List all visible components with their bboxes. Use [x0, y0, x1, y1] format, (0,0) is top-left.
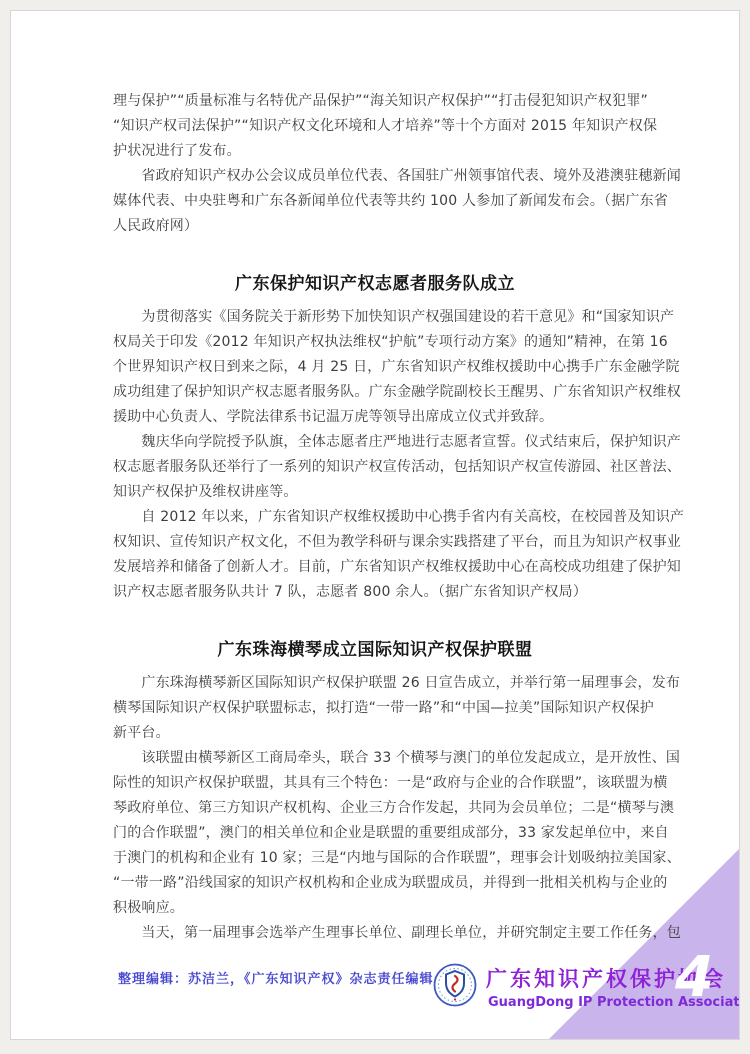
text-line: 于澳门的机构和企业有 10 家；三是“内地与国际的合作联盟”，理事会计划吸纳拉美…: [113, 846, 637, 871]
text-line: 人民政府网）: [113, 214, 637, 239]
association-logo-icon: [433, 963, 477, 1007]
text-line: 积极响应。: [113, 896, 637, 921]
text-line: 援助中心负责人、学院法律系书记温万虎等领导出席成立仪式并致辞。: [113, 405, 637, 430]
text-line: 发展培养和储备了创新人才。目前，广东省知识产权维权援助中心在高校成功组建了保护知: [113, 555, 637, 580]
text-line: 权志愿者服务队还举行了一系列的知识产权宣传活动，包括知识产权宣传游园、社区普法、: [113, 455, 637, 480]
footer-editor-note: 整理编辑：苏洁兰，《广东知识产权》杂志责任编辑。: [118, 971, 448, 989]
text-line: 成功组建了保护知识产权志愿者服务队。广东金融学院副校长王醒男、广东省知识产权维权: [113, 380, 637, 405]
section-heading: 广东珠海横琴成立国际知识产权保护联盟: [113, 637, 637, 663]
text-line: 该联盟由横琴新区工商局牵头，联合 33 个横琴与澳门的单位发起成立，是开放性、国: [113, 746, 637, 771]
body-paragraph: 广东珠海横琴新区国际知识产权保护联盟 26 日宣告成立，并举行第一届理事会，发布…: [113, 671, 637, 746]
text-line: 理与保护”“质量标准与名特优产品保护”“海关知识产权保护”“打击侵犯知识产权犯罪…: [113, 89, 637, 114]
body-paragraph: 自 2012 年以来，广东省知识产权维权援助中心携手省内有关高校，在校园普及知识…: [113, 505, 637, 605]
text-line: “一带一路”沿线国家的知识产权机构和企业成为联盟成员，并得到一批相关机构与企业的: [113, 871, 637, 896]
text-line: 权知识、宣传知识产权文化，不但为教学科研与课余实践搭建了平台，而且为知识产权事业: [113, 530, 637, 555]
body-paragraph: 魏庆华向学院授予队旗，全体志愿者庄严地进行志愿者宣誓。仪式结束后，保护知识产权志…: [113, 430, 637, 505]
text-line: 媒体代表、中央驻粤和广东各新闻单位代表等共约 100 人参加了新闻发布会。（据广…: [113, 189, 637, 214]
text-line: 省政府知识产权办公会议成员单位代表、各国驻广州领事馆代表、境外及港澳驻穗新闻: [113, 164, 637, 189]
text-line: 广东珠海横琴新区国际知识产权保护联盟 26 日宣告成立，并举行第一届理事会，发布: [113, 671, 637, 696]
text-line: 际性的知识产权保护联盟，其具有三个特色：一是“政府与企业的合作联盟”，该联盟为横: [113, 771, 637, 796]
text-line: 门的合作联盟”，澳门的相关单位和企业是联盟的重要组成部分，33 家发起单位中，来…: [113, 821, 637, 846]
text-line: 识产权志愿者服务队共计 7 队，志愿者 800 余人。（据广东省知识产权局）: [113, 580, 637, 605]
body-paragraph: 为贯彻落实《国务院关于新形势下加快知识产权强国建设的若干意见》和“国家知识产权局…: [113, 305, 637, 430]
text-line: 知识产权保护及维权讲座等。: [113, 480, 637, 505]
text-line: 琴政府单位、第三方知识产权机构、企业三方合作发起，共同为会员单位；二是“横琴与澳: [113, 796, 637, 821]
text-line: 魏庆华向学院授予队旗，全体志愿者庄严地进行志愿者宣誓。仪式结束后，保护知识产: [113, 430, 637, 455]
text-line: 当天，第一届理事会选举产生理事长单位、副理长单位，并研究制定主要工作任务，包: [113, 921, 637, 946]
text-line: 为贯彻落实《国务院关于新形势下加快知识产权强国建设的若干意见》和“国家知识产: [113, 305, 637, 330]
text-line: “知识产权司法保护”“知识产权文化环境和人才培养”等十个方面对 2015 年知识…: [113, 114, 637, 139]
text-line: 权局关于印发《2012 年知识产权执法维权“护航”专项行动方案》的通知”精神，在…: [113, 330, 637, 355]
body-paragraph: 该联盟由横琴新区工商局牵头，联合 33 个横琴与澳门的单位发起成立，是开放性、国…: [113, 746, 637, 921]
page-number: 4: [675, 949, 714, 1007]
document-page: 理与保护”“质量标准与名特优产品保护”“海关知识产权保护”“打击侵犯知识产权犯罪…: [10, 10, 740, 1040]
text-line: 新平台。: [113, 721, 637, 746]
page-content: 理与保护”“质量标准与名特优产品保护”“海关知识产权保护”“打击侵犯知识产权犯罪…: [113, 89, 637, 946]
body-paragraph: 省政府知识产权办公会议成员单位代表、各国驻广州领事馆代表、境外及港澳驻穗新闻媒体…: [113, 164, 637, 239]
body-paragraph: 当天，第一届理事会选举产生理事长单位、副理长单位，并研究制定主要工作任务，包: [113, 921, 637, 946]
section-heading: 广东保护知识产权志愿者服务队成立: [113, 271, 637, 297]
screenshot-canvas: 理与保护”“质量标准与名特优产品保护”“海关知识产权保护”“打击侵犯知识产权犯罪…: [0, 0, 750, 1054]
text-line: 护状况进行了发布。: [113, 139, 637, 164]
body-paragraph: 理与保护”“质量标准与名特优产品保护”“海关知识产权保护”“打击侵犯知识产权犯罪…: [113, 89, 637, 164]
text-line: 自 2012 年以来，广东省知识产权维权援助中心携手省内有关高校，在校园普及知识…: [113, 505, 637, 530]
text-line: 个世界知识产权日到来之际，4 月 25 日，广东省知识产权维权援助中心携手广东金…: [113, 355, 637, 380]
text-line: 横琴国际知识产权保护联盟标志，拟打造“一带一路”和“中国—拉美”国际知识产权保护: [113, 696, 637, 721]
